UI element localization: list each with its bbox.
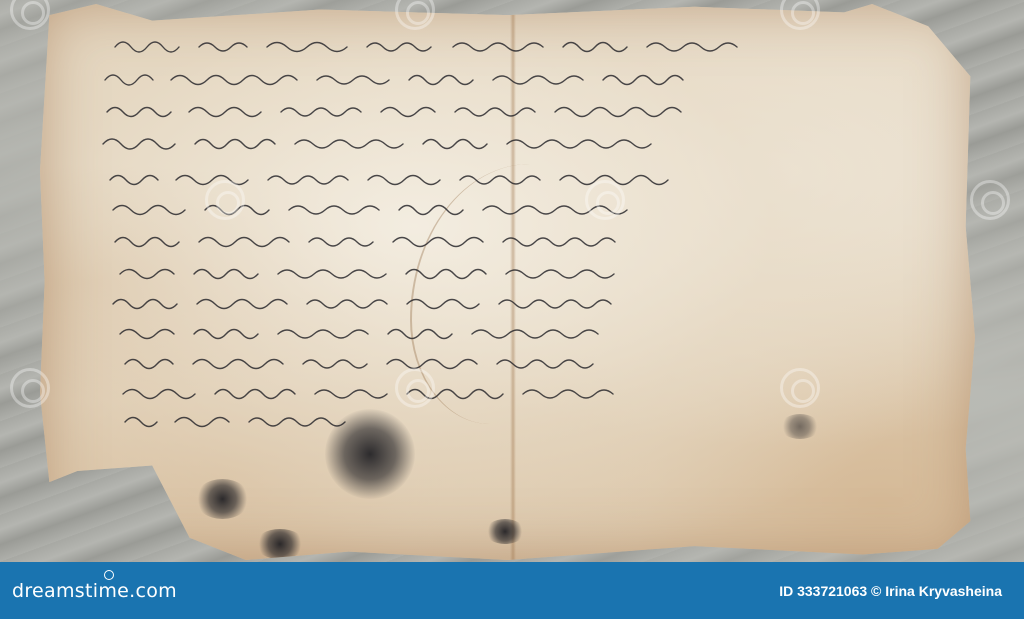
watermark-swirl-icon [205,180,245,220]
watermark-swirl-icon [10,368,50,408]
ink-stain [255,529,305,559]
stock-footer-bar: dreamstime.com ID 333721063 © Irina Kryv… [0,562,1024,619]
logo-text: dreamstime.com [12,580,177,602]
credit-text: ID 333721063 © Irina Kryvasheina [779,583,1002,599]
old-letter-paper [40,4,975,560]
watermark-swirl-icon [970,180,1010,220]
ink-stain [195,479,250,519]
stock-photo [0,0,1024,562]
watermark-swirl-icon [395,368,435,408]
image-credit: ID 333721063 © Irina Kryvasheina [779,583,1002,599]
ink-stain [485,519,525,544]
dreamstime-logo[interactable]: dreamstime.com [12,580,177,602]
watermark-swirl-icon [780,368,820,408]
swirl-icon [104,570,114,580]
handwritten-text [95,32,955,432]
watermark-swirl-icon [10,0,50,30]
watermark-swirl-icon [585,180,625,220]
